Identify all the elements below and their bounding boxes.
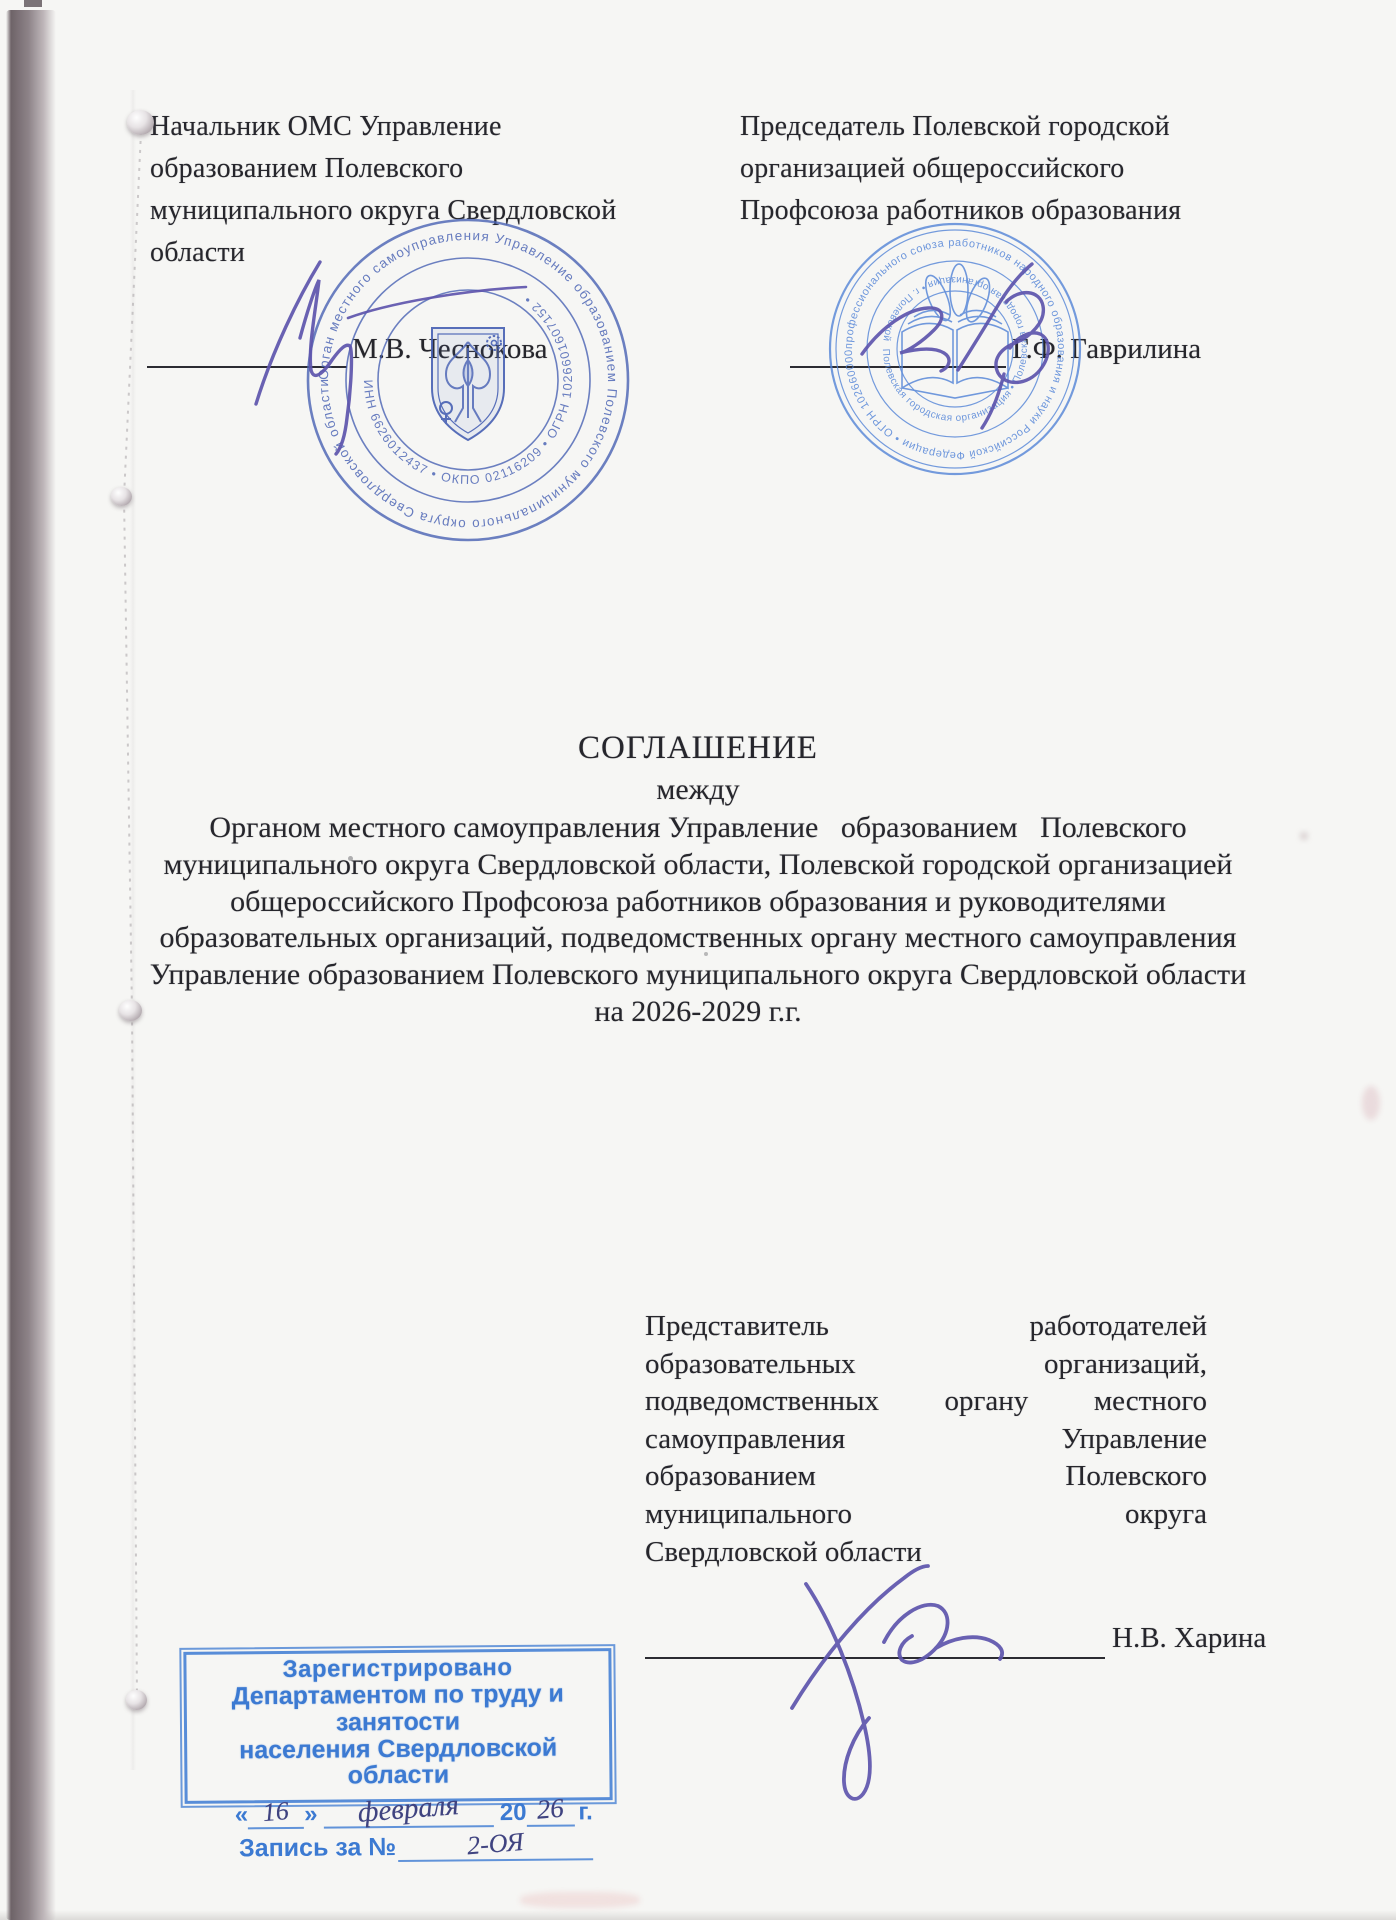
employer-line: образовательных организаций, [645,1346,1207,1384]
agreement-subtitle: между [100,770,1296,810]
header-right-line: Председатель Полевской городской [740,106,1240,148]
seal-right-outer-ring-text: профессионального союза работников народ… [826,220,1067,461]
agreement-party-line: образовательных организаций, подведомств… [100,920,1296,957]
agreement-party-line: Управление образованием Полевского муниц… [100,957,1296,994]
agreement-title: СОГЛАШЕНИЕ [100,726,1296,770]
registration-month-field: февраля [323,1792,494,1828]
agreement-party-line: Органом местного самоуправления Управлен… [100,810,1296,847]
employer-representative-block: Представитель работодателей образователь… [645,1308,1207,1571]
registration-stamp-region-line: населения Свердловской области [194,1734,602,1790]
official-seal-municipal: Орган местного самоуправления Управление… [298,210,638,550]
svg-text:профессионального союза работн: профессионального союза работников народ… [826,220,1067,461]
handwritten-day: 16 [262,1796,290,1828]
registration-record-field: 2-ОЯ [398,1828,593,1862]
scanner-edge-strip [6,10,56,1920]
registration-record-row: Запись за № 2-ОЯ [239,1828,593,1863]
scan-speck [1300,832,1308,840]
header-left-line: Начальник ОМС Управление [150,106,670,148]
signature-kharina [792,1566,1002,1799]
header-right-block: Председатель Полевской городской организ… [740,106,1240,232]
employer-line: Представитель работодателей [645,1308,1207,1346]
header-left-line: образованием Полевского [150,148,670,190]
employer-line: подведомственных органу местного [645,1383,1207,1421]
employer-line: муниципального округа [645,1496,1207,1534]
employer-line: Свердловской области [645,1534,1207,1572]
agreement-title-block: СОГЛАШЕНИЕ между Органом местного самоуп… [100,726,1296,1031]
signatory-name-employer: Н.В. Харина [1112,1622,1266,1655]
registration-date-row: « 16 » февраля 20 26 г. [235,1791,593,1829]
registration-stamp: Зарегистрировано Департаментом по труду … [179,1644,616,1808]
binding-knot [119,1000,142,1021]
header-right-line: организацией общероссийского [740,148,1240,190]
employer-line: самоуправления Управление [645,1421,1207,1459]
agreement-party-line: муниципального округа Свердловской облас… [100,847,1296,884]
year-century-printed: 20 [500,1799,527,1827]
handwritten-month: февраля [357,1789,460,1830]
year-suffix: г. [578,1798,593,1826]
binding-knot [127,110,154,135]
handwritten-year: 26 [536,1793,565,1826]
scan-smudge [520,1892,640,1908]
scanned-agreement-page: Начальник ОМС Управление образованием По… [0,0,1396,1920]
binding-knot [111,487,132,506]
employer-line: образованием Полевского [645,1458,1207,1496]
open-quote: « [235,1801,249,1829]
scan-smudge [1362,1086,1380,1120]
binding-knot [126,1690,147,1710]
close-quote: » [304,1801,318,1829]
record-label: Запись за № [239,1833,396,1863]
scan-corner-mark [24,0,42,7]
registration-day-field: 16 [248,1797,304,1829]
official-seal-union: профессионального союза работников народ… [826,220,1084,478]
agreement-party-line: общероссийского Профсоюза работников обр… [100,884,1296,921]
page-bottom-edge-shadow [0,1910,1396,1920]
signature-rule-employer [645,1657,1105,1659]
registration-stamp-dept-line: Департаментом по труду и занятости [194,1680,602,1738]
handwritten-record-number: 2-ОЯ [466,1827,525,1861]
agreement-period-line: на 2026-2029 г.г. [100,994,1296,1031]
registration-year-field: 26 [526,1793,574,1826]
